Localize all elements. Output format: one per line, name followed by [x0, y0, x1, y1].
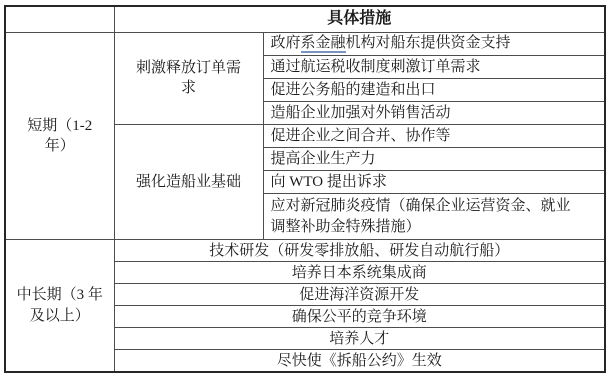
mid-long-period-line2: 及以上） [30, 308, 90, 324]
mid-long-period-cell: 中长期（3 年 及以上） [5, 240, 114, 372]
mid-long-item-cell: 培养日本系统集成商 [114, 262, 605, 284]
measure-item-cell: 提高企业生产力 [263, 147, 605, 170]
corner-cell [5, 6, 114, 32]
measure-item-cell: 促进企业之间合并、协作等 [263, 124, 605, 147]
measure-item-text-prefix: 政府 [271, 35, 301, 51]
measure-item-text: 应对新冠肺炎疫情（确保企业运营资金、就业调整补助金特殊措施） [271, 196, 571, 238]
measure-item-cell: 政府系金融机构对船东提供资金支持 [263, 32, 605, 55]
measures-header-cell: 具体措施 [114, 6, 605, 32]
measure-item-cell: 造船企业加强对外销售活动 [263, 101, 605, 124]
mid-long-item-cell: 尽快使《拆船公约》生效 [114, 350, 605, 372]
measure-item-cell: 通过航运税收制度刺激订单需求 [263, 55, 605, 78]
mid-long-item-cell: 培养人才 [114, 328, 605, 350]
order-demand-group-cell: 刺激释放订单需 求 [114, 32, 263, 124]
measure-item-cell: 促进公务船的建造和出口 [263, 78, 605, 101]
foundation-group-label: 强化造船业基础 [136, 174, 241, 190]
mid-long-item-cell: 技术研发（研发零排放船、研发自动航行船） [114, 240, 605, 262]
table-row: 中长期（3 年 及以上） 技术研发（研发零排放船、研发自动航行船） [5, 240, 605, 262]
short-term-period-line2: 年） [45, 138, 75, 154]
measure-item-cell: 向 WTO 提出诉求 [263, 170, 605, 193]
order-demand-group-line2: 求 [181, 80, 196, 96]
measures-header-label: 具体措施 [327, 10, 391, 27]
short-term-period-line1: 短期（1-2 [27, 118, 92, 134]
grammar-underlined-text: 系金融 [301, 35, 346, 53]
foundation-group-cell: 强化造船业基础 [114, 124, 263, 239]
measure-item-cell: 应对新冠肺炎疫情（确保企业运营资金、就业调整补助金特殊措施） [263, 194, 605, 240]
mid-long-period-line1: 中长期（3 年 [17, 287, 103, 303]
order-demand-group-line1: 刺激释放订单需 [136, 60, 241, 76]
mid-long-item-cell: 促进海洋资源开发 [114, 284, 605, 306]
measure-item-text-suffix: 机构对船东提供资金支持 [346, 35, 511, 51]
table-row: 具体措施 [5, 6, 605, 32]
mid-long-item-cell: 确保公平的竞争环境 [114, 306, 605, 328]
measures-table: 具体措施 短期（1-2 年） 刺激释放订单需 求 政府系金融机构对船东提供资金支… [4, 5, 606, 373]
table-row: 短期（1-2 年） 刺激释放订单需 求 政府系金融机构对船东提供资金支持 [5, 32, 605, 55]
short-term-period-cell: 短期（1-2 年） [5, 32, 114, 240]
